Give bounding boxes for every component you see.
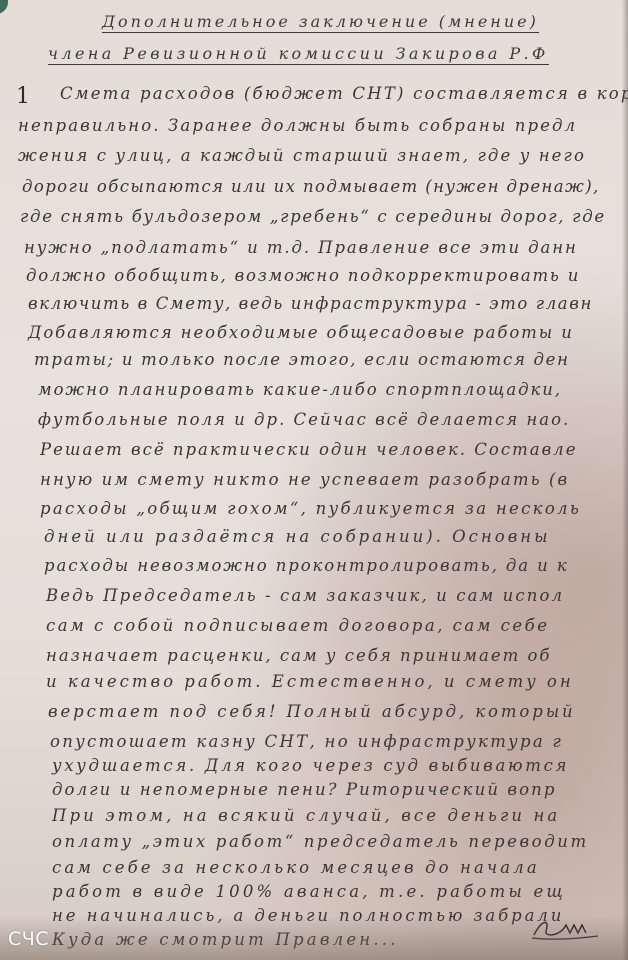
paper-edge-shadow	[622, 0, 628, 960]
text-line: футбольные поля и др. Сейчас всё делаетс…	[38, 410, 570, 429]
text-line: дней или раздаётся на собрании). Основны	[44, 527, 551, 546]
text-line: сам с собой подписывает договора, сам се…	[46, 616, 550, 635]
text-line: долги и непомерные пени? Риторический во…	[52, 780, 557, 799]
text-line: Решает всё практически один человек. Сос…	[40, 440, 577, 459]
text-line: расходы „общим гохом“, публикуется за не…	[40, 499, 581, 518]
text-line: опустошает казну СНТ, но инфраструктура …	[50, 732, 563, 751]
text-line: работ в виде 100% аванса, т.е. работы ещ	[52, 882, 566, 901]
text-line: верстает под себя! Полный абсурд, которы…	[48, 702, 576, 721]
text-line: должно обобщить, возможно подкорректиров…	[26, 266, 580, 285]
text-line: жения с улиц, а каждый старший знает, гд…	[18, 146, 586, 165]
text-line: включить в Смету, ведь инфраструктура - …	[28, 294, 593, 313]
text-line: расходы невозможно проконтролировать, да…	[44, 556, 569, 575]
text-line: назначает расценки, сам у себя принимает…	[46, 646, 551, 665]
text-line: оплату „этих работ“ председатель перевод…	[52, 832, 589, 851]
text-line: Смета расходов (бюджет СНТ) составляется…	[60, 84, 628, 103]
text-line: сам себе за несколько месяцев до начала	[52, 858, 540, 877]
text-line: и качество работ. Естественно, и смету о…	[46, 672, 574, 691]
text-line: Добавляются необходимые общесадовые рабо…	[28, 323, 574, 342]
text-line: При этом, на всякий случай, все деньги н…	[52, 806, 560, 825]
watermark-label: СЧС	[8, 928, 49, 950]
document-title: Дополнительное заключение (мнение)	[102, 12, 539, 33]
text-line: нную им смету никто не успевает разобрат…	[40, 470, 569, 489]
text-line: траты; и только после этого, если остают…	[34, 350, 570, 369]
text-line: Ведь Председатель - сам заказчик, и сам …	[46, 586, 564, 605]
text-line: ухудшается. Для кого через суд выбиваютс…	[52, 756, 569, 775]
text-line: нужно „подлатать“ и т.д. Правление все э…	[24, 238, 578, 257]
text-line: где снять бульдозером „гребень“ с середи…	[20, 207, 606, 226]
text-line: дороги обсыпаются или их подмывает (нуже…	[22, 177, 600, 196]
text-line: можно планировать какие-либо спортплощад…	[38, 380, 562, 399]
document-subtitle: члена Ревизионной комиссии Закирова Р.Ф	[48, 44, 549, 65]
paragraph-number: 1	[16, 84, 30, 109]
photo-bottom-shadow	[0, 915, 628, 960]
text-line: неправильно. Заранее должны быть собраны…	[18, 116, 577, 135]
